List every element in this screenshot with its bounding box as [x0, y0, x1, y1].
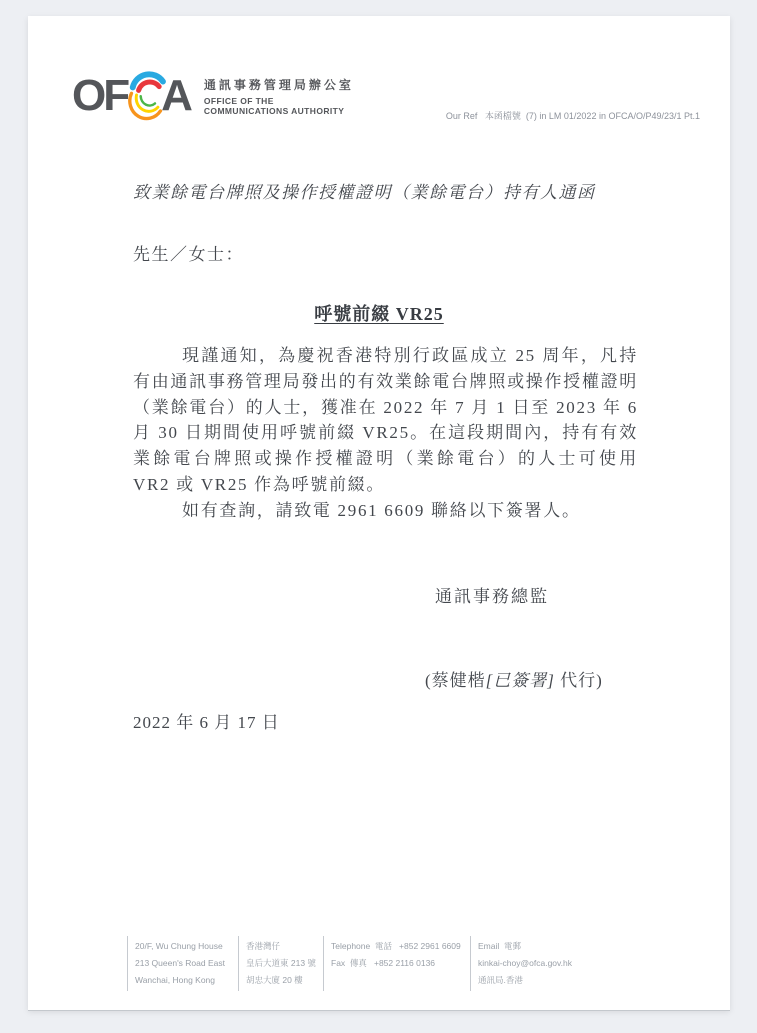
footer-email-address: kinkai-choy@ofca.gov.hk — [478, 955, 624, 972]
ofca-logo: OF A 通訊事務管理局辦公室 OFFICE OF THE COMMUNICAT… — [72, 70, 354, 122]
ofca-logo-letters-of: OF — [72, 74, 127, 118]
subject-heading: 呼號前綴 VR25 — [28, 300, 730, 326]
footer-domain-zh: 通訊局.香港 — [478, 972, 624, 989]
signoff-title: 通訊事務總監 — [435, 582, 549, 607]
ofca-logo-wordmark: OF A — [72, 70, 193, 122]
signature-signed-marker: [已簽署] — [486, 671, 555, 690]
footer-address-en-line3: Wanchai, Hong Kong — [135, 972, 232, 989]
salutation: 先生／女士： — [133, 240, 244, 265]
footer-address-zh-line3: 胡忠大廈 20 樓 — [246, 972, 317, 989]
footer-email-label: Email 電郵 — [478, 938, 624, 955]
footer-address-zh-line2: 皇后大道東 213 號 — [246, 955, 317, 972]
footer-email: Email 電郵 kinkai-choy@ofca.gov.hk 通訊局.香港 — [470, 936, 630, 991]
footer-address-zh: 香港灣仔 皇后大道東 213 號 胡忠大廈 20 樓 — [238, 936, 323, 991]
org-name-en-line1: OFFICE OF THE — [204, 96, 354, 107]
ofca-logo-c-icon — [126, 69, 168, 121]
body-paragraph-1: 現謹通知，為慶祝香港特別行政區成立 25 周年，凡持有由通訊事務管理局發出的有效… — [133, 343, 638, 498]
org-name-zh: 通訊事務管理局辦公室 — [204, 76, 354, 93]
footer-address-en-line2: 213 Queen's Road East — [135, 955, 232, 972]
our-ref-line: Our Ref 本函檔號 (7) in LM 01/2022 in OFCA/O… — [446, 109, 700, 122]
ofca-logo-text: 通訊事務管理局辦公室 OFFICE OF THE COMMUNICATIONS … — [204, 76, 354, 117]
footer-telephone: Telephone 電話 +852 2961 6609 — [331, 938, 464, 955]
body-paragraph-2: 如有查詢，請致電 2961 6609 聯絡以下簽署人。 — [133, 498, 638, 524]
footer-address-en-line1: 20/F, Wu Chung House — [135, 938, 232, 955]
org-name-en-line2: COMMUNICATIONS AUTHORITY — [204, 106, 354, 117]
footer-address-en: 20/F, Wu Chung House 213 Queen's Road Ea… — [127, 936, 238, 991]
letter-page: OF A 通訊事務管理局辦公室 OFFICE OF THE COMMUNICAT… — [28, 16, 730, 1010]
signature-name: (蔡健楷 — [425, 671, 486, 690]
footer-address-zh-line1: 香港灣仔 — [246, 938, 317, 955]
footer-fax: Fax 傳真 +852 2116 0136 — [331, 955, 464, 972]
footer-contact: Telephone 電話 +852 2961 6609 Fax 傳真 +852 … — [323, 936, 470, 991]
signature-pp: 代行) — [555, 671, 603, 690]
signature-line: (蔡健楷[已簽署] 代行) — [404, 646, 603, 711]
addressee-line: 致業餘電台牌照及操作授權證明（業餘電台）持有人通函 — [133, 178, 596, 203]
letter-date: 2022 年 6 月 17 日 — [133, 708, 280, 733]
letterhead-footer: 20/F, Wu Chung House 213 Queen's Road Ea… — [127, 936, 630, 991]
subject-heading-text: 呼號前綴 VR25 — [314, 304, 444, 324]
